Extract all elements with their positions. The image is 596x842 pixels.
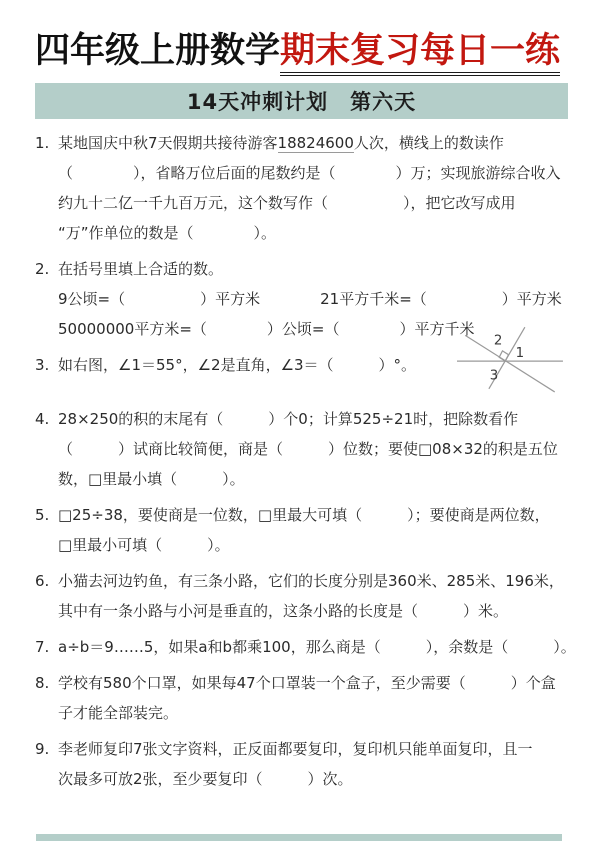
question-item-6: 6. 小猫去河边钓鱼，有三条小路，它们的长度分别是360米、285米、196米，… <box>35 566 568 626</box>
q1-text-pre: 某地国庆中秋7天假期共接待游客 <box>58 134 278 152</box>
question-line: 某地国庆中秋7天假期共接待游客18824600人次，横线上的数读作 <box>58 128 568 158</box>
angle-diagram: 2 1 3 <box>456 322 566 394</box>
question-line: 子才能全部装完。 <box>58 698 568 728</box>
question-line: 数，□里最小填（ ）。 <box>58 464 568 494</box>
title-red-text: 期末复习每日一练 <box>280 31 560 76</box>
worksheet-content: 四年级上册数学期末复习每日一练 14天冲刺计划 第六天 1. 某地国庆中秋7天假… <box>0 0 596 794</box>
question-line: 小猫去河边钓鱼，有三条小路，它们的长度分别是360米、285米、196米， <box>58 566 568 596</box>
question-list: 1. 某地国庆中秋7天假期共接待游客18824600人次，横线上的数读作 （ ）… <box>35 128 568 794</box>
question-item-7: 7. a÷b＝9……5，如果a和b都乘100，那么商是（ ），余数是（ ）。 <box>35 632 568 662</box>
question-body: 某地国庆中秋7天假期共接待游客18824600人次，横线上的数读作 （ ），省略… <box>58 128 568 248</box>
question-line: “万”作单位的数是（ ）。 <box>58 218 568 248</box>
question-line: 约九十二亿一千九百万元，这个数写作（ ），把它改写成用 <box>58 188 568 218</box>
plan-banner: 14天冲刺计划 第六天 <box>35 83 568 119</box>
question-line: □25÷38，要使商是一位数，□里最大可填（ ）；要使商是两位数， <box>58 500 568 530</box>
question-line: （ ）试商比较简便，商是（ ）位数；要使□08×32的积是五位 <box>58 434 568 464</box>
question-line: 李老师复印7张文字资料，正反面都要复印，复印机只能单面复印，且一 <box>58 734 568 764</box>
question-number: 1. <box>35 128 58 248</box>
right-angle-marker <box>499 351 508 361</box>
question-item-3: 3. 如右图，∠1＝55°，∠2是直角，∠3＝（ ）°。 2 1 3 <box>35 350 568 398</box>
question-line: 28×250的积的末尾有（ ）个0；计算525÷21时，把除数看作 <box>58 404 568 434</box>
angle-label-2: 2 <box>494 333 503 348</box>
question-body: 小猫去河边钓鱼，有三条小路，它们的长度分别是360米、285米、196米， 其中… <box>58 566 568 626</box>
question-number: 3. <box>35 350 58 398</box>
question-number: 9. <box>35 734 58 794</box>
title-black-text: 四年级上册数学 <box>35 31 280 71</box>
angle-label-3: 3 <box>490 368 499 383</box>
question-line: 次最多可放2张，至少要复印（ ）次。 <box>58 764 568 794</box>
footer-bar <box>36 834 562 841</box>
question-body: 学校有580个口罩，如果每47个口罩装一个盒子，至少需要（ ）个盒 子才能全部装… <box>58 668 568 728</box>
question-body: 28×250的积的末尾有（ ）个0；计算525÷21时，把除数看作 （ ）试商比… <box>58 404 568 494</box>
question-item-8: 8. 学校有580个口罩，如果每47个口罩装一个盒子，至少需要（ ）个盒 子才能… <box>35 668 568 728</box>
question-number: 5. <box>35 500 58 560</box>
angle-label-1: 1 <box>516 346 525 361</box>
question-number: 4. <box>35 404 58 494</box>
question-item-9: 9. 李老师复印7张文字资料，正反面都要复印，复印机只能单面复印，且一 次最多可… <box>35 734 568 794</box>
question-item-1: 1. 某地国庆中秋7天假期共接待游客18824600人次，横线上的数读作 （ ）… <box>35 128 568 248</box>
diagram-shallow-line <box>465 335 554 392</box>
question-body: a÷b＝9……5，如果a和b都乘100，那么商是（ ），余数是（ ）。 <box>58 632 576 662</box>
question-number: 2. <box>35 254 58 344</box>
q1-underlined-number: 18824600 <box>278 134 354 153</box>
question-line: 其中有一条小路与小河是垂直的，这条小路的长度是（ ）米。 <box>58 596 568 626</box>
question-line: □里最小可填（ ）。 <box>58 530 568 560</box>
question-line: 在括号里填上合适的数。 <box>58 254 568 284</box>
question-body: 李老师复印7张文字资料，正反面都要复印，复印机只能单面复印，且一 次最多可放2张… <box>58 734 568 794</box>
q1-text-post: 人次，横线上的数读作 <box>354 134 504 152</box>
question-number: 8. <box>35 668 58 728</box>
question-number: 6. <box>35 566 58 626</box>
question-body: □25÷38，要使商是一位数，□里最大可填（ ）；要使商是两位数， □里最小可填… <box>58 500 568 560</box>
question-number: 7. <box>35 632 58 662</box>
question-line: 学校有580个口罩，如果每47个口罩装一个盒子，至少需要（ ）个盒 <box>58 668 568 698</box>
question-line: a÷b＝9……5，如果a和b都乘100，那么商是（ ），余数是（ ）。 <box>58 632 576 662</box>
question-item-5: 5. □25÷38，要使商是一位数，□里最大可填（ ）；要使商是两位数， □里最… <box>35 500 568 560</box>
worksheet-page: 四年级上册数学期末复习每日一练 14天冲刺计划 第六天 1. 某地国庆中秋7天假… <box>0 0 596 842</box>
question-line: （ ），省略万位后面的尾数约是（ ）万；实现旅游综合收入 <box>58 158 568 188</box>
page-title: 四年级上册数学期末复习每日一练 <box>35 30 568 74</box>
question-item-4: 4. 28×250的积的末尾有（ ）个0；计算525÷21时，把除数看作 （ ）… <box>35 404 568 494</box>
question-line: 9公顷=（ ）平方米 21平方千米=（ ）平方米 <box>58 284 568 314</box>
